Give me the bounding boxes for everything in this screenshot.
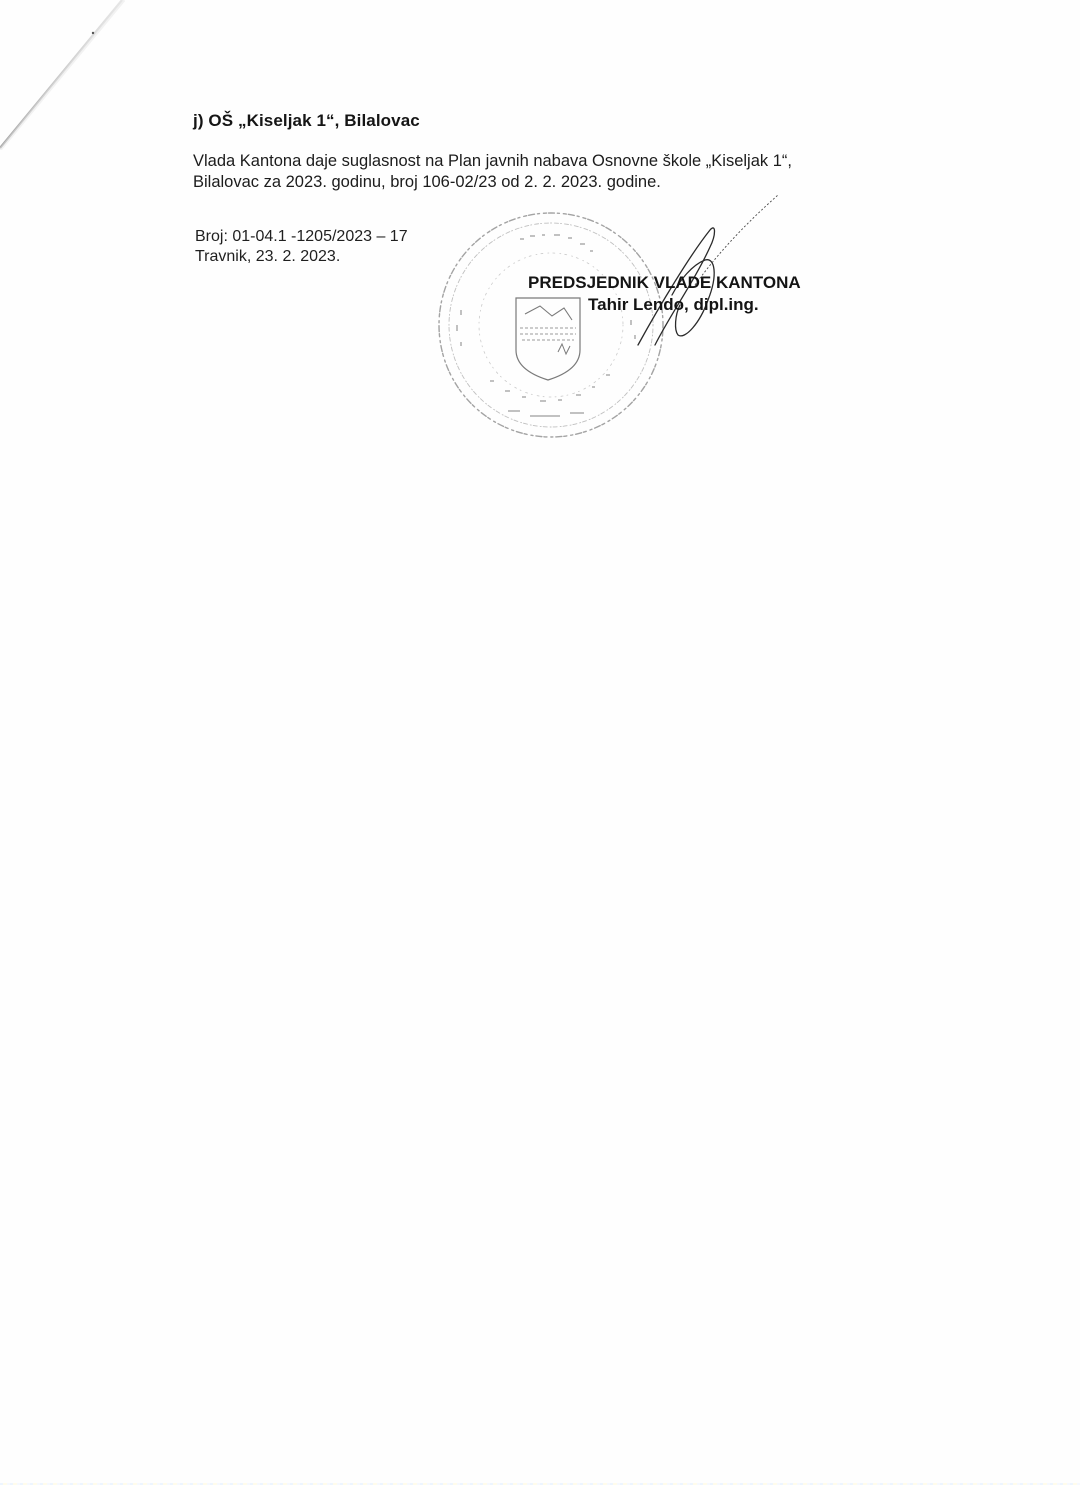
reference-block: Broj: 01-04.1 -1205/2023 – 17 Travnik, 2… xyxy=(195,227,408,267)
section-heading: j) OŠ „Kiseljak 1“, Bilalovac xyxy=(193,111,420,131)
document-page: j) OŠ „Kiseljak 1“, Bilalovac Vlada Kant… xyxy=(0,0,1080,1485)
reference-number: Broj: 01-04.1 -1205/2023 – 17 xyxy=(195,227,408,247)
body-line: Bilalovac za 2023. godinu, broj 106-02/2… xyxy=(193,172,913,193)
signatory-name: Tahir Lendo, dipl.ing. xyxy=(528,294,801,316)
body-line: Vlada Kantona daje suglasnost na Plan ja… xyxy=(193,151,913,172)
scan-fold-line-icon xyxy=(0,0,130,150)
place-date: Travnik, 23. 2. 2023. xyxy=(195,247,408,267)
signatory-title: PREDSJEDNIK VLADE KANTONA xyxy=(528,272,801,294)
signature-block: PREDSJEDNIK VLADE KANTONA Tahir Lendo, d… xyxy=(528,272,801,316)
official-seal-icon xyxy=(430,210,675,445)
body-paragraph: Vlada Kantona daje suglasnost na Plan ja… xyxy=(193,151,913,193)
